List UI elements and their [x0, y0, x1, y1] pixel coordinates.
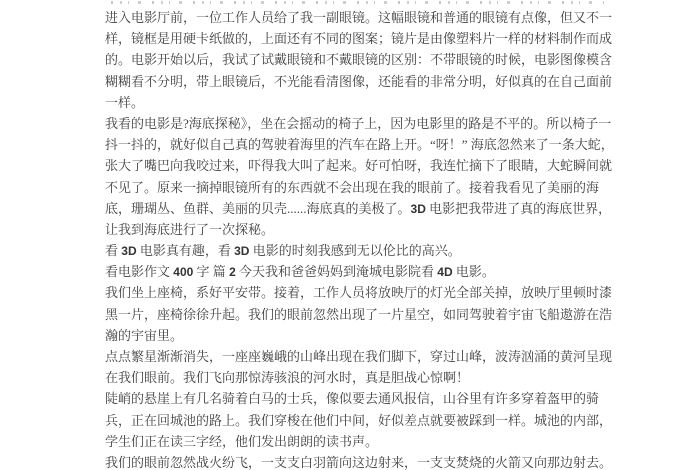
text-line: 瀚的宇宙里。: [105, 325, 611, 346]
text-line: 底，珊瑚丛、鱼群、美丽的贝壳......海底真的美极了。3D 电影把我带进了真的…: [105, 198, 611, 219]
text-line: 的。电影开始以后，我试了试戴眼镜和不戴眼镜的区别：不带眼镜的时候，电影图像模含: [105, 49, 611, 70]
text-line: 一样。: [105, 92, 611, 113]
text-line: 我们的眼前忽然战火纷飞，一支支白羽箭向这边射来，一支支焚烧的火箭又向那边射去。: [105, 452, 611, 470]
text-line: 兵，正在回城池的路上。我们穿梭在他们中间，好似差点就要被踩到一样。城池的内部，: [105, 410, 611, 431]
text-line: 我看的电影是?海底探秘》，坐在会摇动的椅子上，因为电影里的路是不平的。所以椅子一: [105, 113, 611, 134]
text-line: 点点繁星渐渐消失，一座座巍峨的山峰出现在我们脚下，穿过山峰，波涛汹涌的黄河呈现: [105, 346, 611, 367]
document-page: 进入电影厅前，一位工作人员给了我一副眼镜。这幅眼镜和普通的眼镜有点像，但又不一样…: [0, 0, 700, 470]
text-line: 学生们正在读三字经，他们发出朗朗的读书声。: [105, 431, 611, 452]
text-line: 糊糊看不分明，带上眼镜后，不光能看清图像，还能看的非常分明，好似真的在自己面前: [105, 71, 611, 92]
text-line: 黑一片，座椅徐徐升起。我们的眼前忽然出现了一片星空，如同驾驶着宇宙飞船遨游在浩: [105, 304, 611, 325]
text-line: 张大了嘴巴向我咬过来，吓得我大叫了起来。好可怕呀，我连忙摘下了眼睛，大蛇瞬间就: [105, 155, 611, 176]
text-line: 抖一抖的，就好似自己真的驾驶着海里的汽车在路上开。“呀！” 海底忽然来了一条大蛇…: [105, 134, 611, 155]
essay-text-block: 进入电影厅前，一位工作人员给了我一副眼镜。这幅眼镜和普通的眼镜有点像，但又不一样…: [105, 7, 611, 470]
text-line: 在我们眼前。我们飞向那惊涛骇浪的河水时，真是胆战心惊啊！: [105, 367, 611, 388]
text-line: 进入电影厅前，一位工作人员给了我一副眼镜。这幅眼镜和普通的眼镜有点像，但又不一: [105, 7, 611, 28]
text-line: 我们坐上座椅，系好平安带。接着，工作人员将放映厅的灯光全部关掉，放映厅里顿时漆: [105, 282, 611, 303]
text-line: 看 3D 电影真有趣，看 3D 电影的时刻我感到无以伦比的高兴。: [105, 240, 611, 261]
text-line: 样，镜框是用硬卡纸做的，上面还有不同的图案；镜片是由像塑料片一样的材料制作而成: [105, 28, 611, 49]
text-line: 看电影作文 400 字 篇 2 今天我和爸爸妈妈到淹城电影院看 4D 电影。: [105, 261, 611, 282]
clipped-text-line-top: [107, 1, 604, 4]
text-line: 陡峭的悬崖上有几名骑着白马的士兵，像似要去通风报信，山谷里有许多穿着盔甲的骑: [105, 388, 611, 409]
text-line: 让我到海底进行了一次探秘。: [105, 219, 611, 240]
text-line: 不见了。原来一摘掉眼镜所有的东西就不会出现在我的眼前了。接着我看见了美丽的海: [105, 177, 611, 198]
